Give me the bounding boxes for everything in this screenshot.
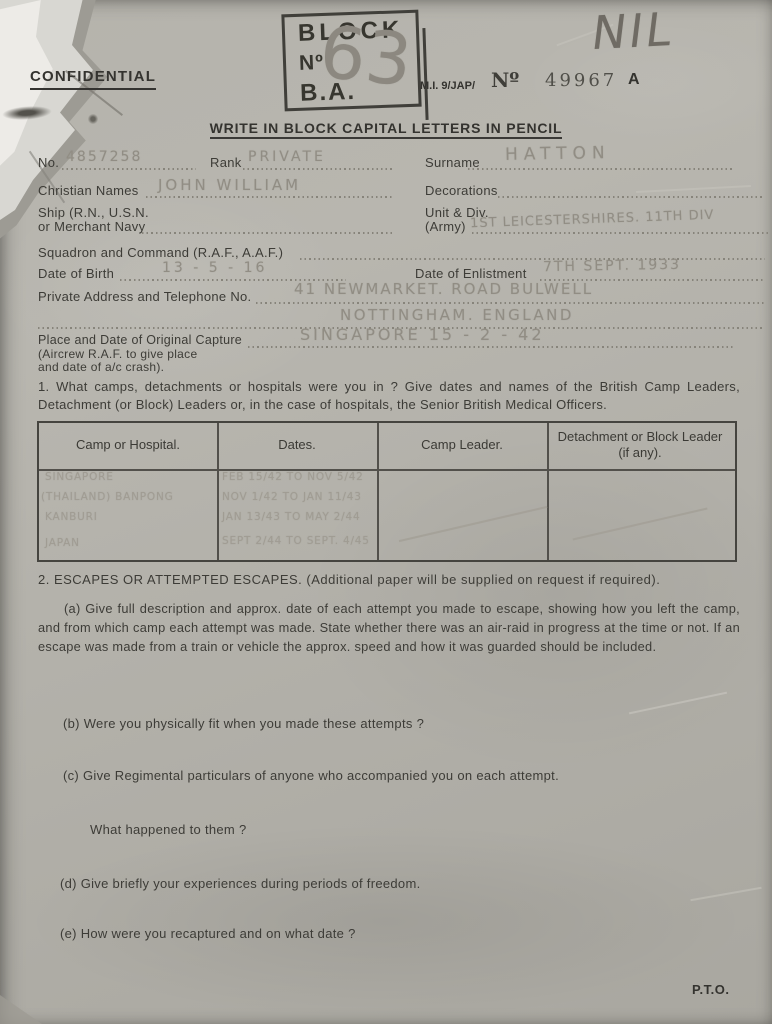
scratch-mark (629, 692, 727, 715)
field-label-dob: Date of Birth (38, 266, 114, 281)
pencil-stroke (573, 507, 708, 540)
field-value-enlistment: 7TH SEPT. 1933 (543, 257, 681, 275)
table-column-divider (547, 423, 549, 560)
scratch-mark (690, 887, 761, 901)
field-label-capture-3: and date of a/c crash). (38, 360, 164, 374)
question-2e-text: (e) How were you recaptured and on what … (60, 926, 356, 941)
camps-table: Camp or Hospital. Dates. Camp Leader. De… (37, 421, 737, 562)
reference-number: 49967 (545, 70, 617, 91)
table-header-divider (39, 469, 735, 471)
field-value-rank: PRIVATE (248, 149, 326, 165)
scratch-mark (636, 185, 751, 193)
table-row-dates: SEPT 2/44 TO SEPT. 4/45 (222, 535, 370, 547)
handwritten-block-number: 63 (316, 9, 416, 102)
field-value-christian-names: JOHN WILLIAM (158, 176, 301, 194)
table-header-dates: Dates. (217, 437, 377, 453)
field-value-surname: HATTON (505, 143, 611, 165)
mi9-reference-prefix: M.I. 9/JAP/ (420, 80, 475, 92)
corner-tear-bottom (0, 995, 42, 1024)
field-label-capture-2: (Aircrew R.A.F. to give place (38, 347, 197, 361)
table-header-camp: Camp or Hospital. (39, 437, 217, 453)
field-value-unit: 1ST LEICESTERSHIRES. 11TH DIV (470, 208, 715, 232)
reference-no-label: Nº (491, 68, 519, 92)
table-header-camp-leader: Camp Leader. (377, 437, 547, 453)
question-2-heading: 2. ESCAPES OR ATTEMPTED ESCAPES. (Additi… (38, 572, 748, 587)
field-value-service-number: 4857258 (66, 149, 142, 165)
question-2d-text: (d) Give briefly your experiences during… (60, 876, 421, 891)
field-label-ship-2: or Merchant Navy (38, 219, 145, 234)
dotted-line (256, 302, 765, 304)
question-2a-text: (a) Give full description and approx. da… (38, 599, 740, 656)
table-row-camp: KANBURI (45, 511, 98, 523)
form-instruction-heading: WRITE IN BLOCK CAPITAL LETTERS IN PENCIL (0, 120, 772, 139)
field-label-unit-2: (Army) (425, 219, 466, 234)
field-label-decorations: Decorations (425, 183, 498, 198)
field-label-enlistment: Date of Enlistment (415, 266, 527, 281)
field-value-address-2: NOTTINGHAM. ENGLAND (340, 306, 574, 324)
question-2c2-text: What happened to them ? (90, 822, 247, 837)
table-row-camp: JAPAN (45, 537, 80, 549)
field-value-address-1: 41 NEWMARKET. ROAD BULWELL (294, 280, 593, 298)
field-label-address: Private Address and Telephone No. (38, 289, 251, 304)
question-2b-text: (b) Were you physically fit when you mad… (63, 716, 424, 731)
dotted-line (142, 232, 392, 234)
dotted-line (300, 258, 765, 260)
dotted-line (472, 232, 770, 234)
field-value-capture: SINGAPORE 15 - 2 - 42 (300, 325, 545, 344)
reference-suffix: A (628, 71, 640, 89)
dotted-line (248, 346, 735, 348)
field-label-squadron: Squadron and Command (R.A.F., A.A.F.) (38, 245, 283, 260)
pencil-stroke (399, 506, 547, 542)
question-2c-text: (c) Give Regimental particulars of anyon… (63, 768, 559, 783)
field-value-dob: 13 - 5 - 16 (162, 260, 267, 276)
table-header-detachment-leader: Detachment or Block Leader (if any). (552, 429, 728, 461)
field-label-capture-1: Place and Date of Original Capture (38, 333, 242, 347)
field-label-no: No. (38, 155, 59, 170)
confidential-marking: CONFIDENTIAL (30, 68, 156, 90)
dotted-line (243, 168, 392, 170)
field-label-ship-1: Ship (R.N., U.S.N. (38, 205, 149, 220)
dotted-line (468, 168, 735, 170)
table-row-camp: (THAILAND) BANPONG (41, 491, 174, 503)
question-1-text: 1. What camps, detachments or hospitals … (38, 378, 740, 413)
table-row-camp: SINGAPORE (45, 471, 114, 483)
field-label-rank: Rank (210, 155, 242, 170)
field-label-christian-names: Christian Names (38, 183, 139, 198)
dotted-line (62, 168, 196, 170)
pto-footer: P.T.O. (692, 982, 729, 997)
table-row-dates: NOV 1/42 TO JAN 11/43 (222, 491, 362, 503)
handwritten-nil-note: NIL (589, 2, 678, 61)
stamp-extra-line (422, 28, 428, 120)
dotted-line (498, 196, 762, 198)
table-row-dates: JAN 13/43 TO MAY 2/44 (222, 511, 360, 523)
dotted-line (146, 196, 392, 198)
table-row-dates: FEB 15/42 TO NOV 5/42 (222, 471, 364, 483)
scanned-pow-questionnaire: CONFIDENTIAL BLOCK Nº B.A. 63 M.I. 9/JAP… (0, 0, 772, 1024)
